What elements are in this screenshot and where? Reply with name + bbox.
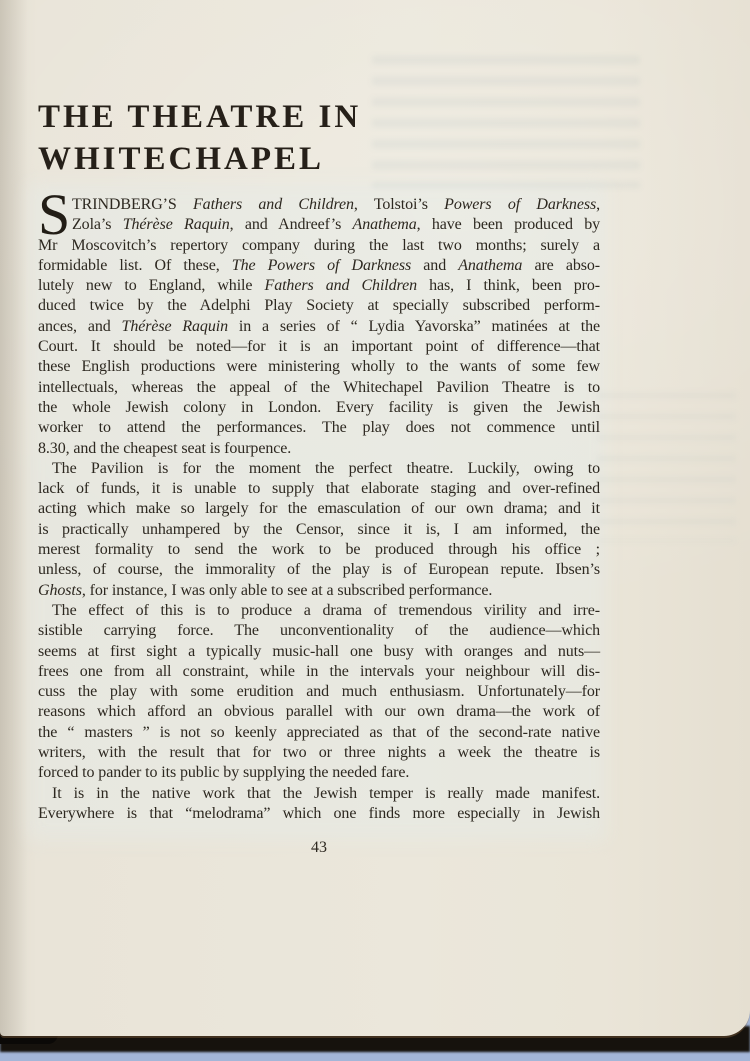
text-run: , Tolstoi’s: [354, 196, 444, 213]
text-line: the whole Jewish colony in London. Every…: [38, 398, 600, 418]
italic-text-run: Fathers and Children: [265, 277, 417, 294]
text-run: the whole Jewish colony in London. Every…: [38, 399, 600, 416]
text-line: frees one from all constraint, while in …: [38, 662, 600, 682]
page-number: 43: [38, 839, 600, 857]
text-run: sistible carrying force. The unconventio…: [38, 622, 600, 639]
text-run: formidable list. Of these,: [38, 257, 232, 274]
text-run: worker to attend the performances. The p…: [38, 419, 600, 436]
text-line: forced to pander to its public by supply…: [38, 763, 600, 783]
text-run: is practically unhampered by the Censor,…: [38, 521, 600, 538]
text-line: It is in the native work that the Jewish…: [38, 784, 600, 804]
text-line: The effect of this is to produce a drama…: [38, 601, 600, 621]
text-run: duced twice by the Adelphi Play Society …: [38, 297, 600, 314]
text-line: 8.30, and the cheapest seat is fourpence…: [38, 439, 600, 459]
text-run: lutely new to England, while: [38, 277, 265, 294]
text-run: , for instance, I was only able to see a…: [82, 582, 492, 599]
text-line: these English productions were ministeri…: [38, 357, 600, 377]
text-line: the “ masters ” is not so keenly appreci…: [38, 723, 600, 743]
text-line: Mr Moscovitch’s repertory company during…: [38, 236, 600, 256]
text-run: It is in the native work that the Jewish…: [52, 785, 600, 802]
text-line: ances, and Thérèse Raquin in a series of…: [38, 317, 600, 337]
text-line: is practically unhampered by the Censor,…: [38, 520, 600, 540]
text-run: The Pavilion is for the moment the perfe…: [52, 460, 600, 477]
text-run: ,: [596, 196, 600, 213]
italic-text-run: Thérèse Raquin: [122, 318, 228, 335]
text-run: lack of funds, it is unable to supply th…: [38, 480, 600, 497]
text-run: seems at first sight a typically music-h…: [38, 643, 600, 660]
text-line: writers, with the result that for two or…: [38, 743, 600, 763]
text-line: lack of funds, it is unable to supply th…: [38, 479, 600, 499]
text-run: The effect of this is to produce a drama…: [52, 602, 600, 619]
drop-cap: S: [38, 192, 66, 232]
text-run: unless, of course, the immorality of the…: [38, 561, 600, 578]
text-run: cuss the play with some erudition and mu…: [38, 683, 600, 700]
text-run: intellectuals, whereas the appeal of the…: [38, 379, 600, 396]
text-line: sistible carrying force. The unconventio…: [38, 621, 600, 641]
text-line: acting which make so largely for the ema…: [38, 499, 600, 519]
text-run: merest formality to send the work to be …: [38, 541, 600, 558]
text-run: Everywhere is that “melodrama” which one…: [38, 805, 600, 822]
text-run: forced to pander to its public by supply…: [38, 764, 409, 781]
text-line: reasons which afford an obvious parallel…: [38, 702, 600, 722]
page-title-line-1: THE THEATRE IN: [38, 96, 598, 138]
text-run: 8.30, and the cheapest seat is fourpence…: [38, 440, 291, 457]
text-run: Zola’s: [72, 216, 123, 233]
text-line: cuss the play with some erudition and mu…: [38, 682, 600, 702]
text-run: frees one from all constraint, while in …: [38, 663, 600, 680]
text-line: formidable list. Of these, The Powers of…: [38, 256, 600, 276]
text-run: has, I think, been pro-: [417, 277, 600, 294]
italic-text-run: Ghosts: [38, 582, 82, 599]
book-page: THE THEATRE IN WHITECHAPEL STRINDBERG’S …: [0, 0, 750, 1036]
text-line: Zola’s Thérèse Raquin, and Andreef’s Ana…: [38, 215, 600, 235]
text-run: the “ masters ” is not so keenly appreci…: [38, 724, 600, 741]
text-run: are abso-: [522, 257, 600, 274]
italic-text-run: Fathers and Children: [193, 196, 354, 213]
text-line: intellectuals, whereas the appeal of the…: [38, 378, 600, 398]
text-run: Mr Moscovitch’s repertory company during…: [38, 237, 600, 254]
italic-text-run: Anathema: [353, 216, 417, 233]
text-run: Court. It should be noted—for it is an i…: [38, 338, 600, 355]
article-body: STRINDBERG’S Fathers and Children, Tolst…: [38, 195, 600, 824]
text-run: in a series of “ Lydia Yavorska” matinée…: [228, 318, 600, 335]
text-line: Court. It should be noted—for it is an i…: [38, 337, 600, 357]
text-line: worker to attend the performances. The p…: [38, 418, 600, 438]
paragraph: It is in the native work that the Jewish…: [38, 784, 600, 825]
italic-text-run: The Powers of Darkness: [232, 257, 411, 274]
text-line: unless, of course, the immorality of the…: [38, 560, 600, 580]
paragraph: The effect of this is to produce a drama…: [38, 601, 600, 784]
text-run: , and Andreef’s: [230, 216, 353, 233]
page-content: THE THEATRE IN WHITECHAPEL STRINDBERG’S …: [0, 0, 750, 857]
text-line: duced twice by the Adelphi Play Society …: [38, 296, 600, 316]
text-run: writers, with the result that for two or…: [38, 744, 600, 761]
paragraph: The Pavilion is for the moment the perfe…: [38, 459, 600, 601]
text-run: , have been produced by: [417, 216, 600, 233]
text-run: reasons which afford an obvious parallel…: [38, 703, 600, 720]
text-run: these English productions were ministeri…: [38, 358, 600, 375]
text-line: seems at first sight a typically music-h…: [38, 642, 600, 662]
text-line: TRINDBERG’S Fathers and Children, Tolsto…: [38, 195, 600, 215]
text-run: ances, and: [38, 318, 122, 335]
text-run: TRINDBERG’S: [72, 196, 193, 213]
text-line: lutely new to England, while Fathers and…: [38, 276, 600, 296]
text-line: The Pavilion is for the moment the perfe…: [38, 459, 600, 479]
text-run: acting which make so largely for the ema…: [38, 500, 600, 517]
italic-text-run: Anathema: [458, 257, 522, 274]
page-title: THE THEATRE IN WHITECHAPEL: [38, 96, 598, 180]
text-line: merest formality to send the work to be …: [38, 540, 600, 560]
scanned-book-photo: { "page": { "title_line1": "THE THEATRE …: [0, 0, 750, 1061]
text-run: and: [411, 257, 458, 274]
page-title-line-2: WHITECHAPEL: [38, 138, 598, 180]
text-line: Everywhere is that “melodrama” which one…: [38, 804, 600, 824]
italic-text-run: Powers of Darkness: [444, 196, 596, 213]
paragraph: STRINDBERG’S Fathers and Children, Tolst…: [38, 195, 600, 459]
italic-text-run: Thérèse Raquin: [123, 216, 230, 233]
text-line: Ghosts, for instance, I was only able to…: [38, 581, 600, 601]
